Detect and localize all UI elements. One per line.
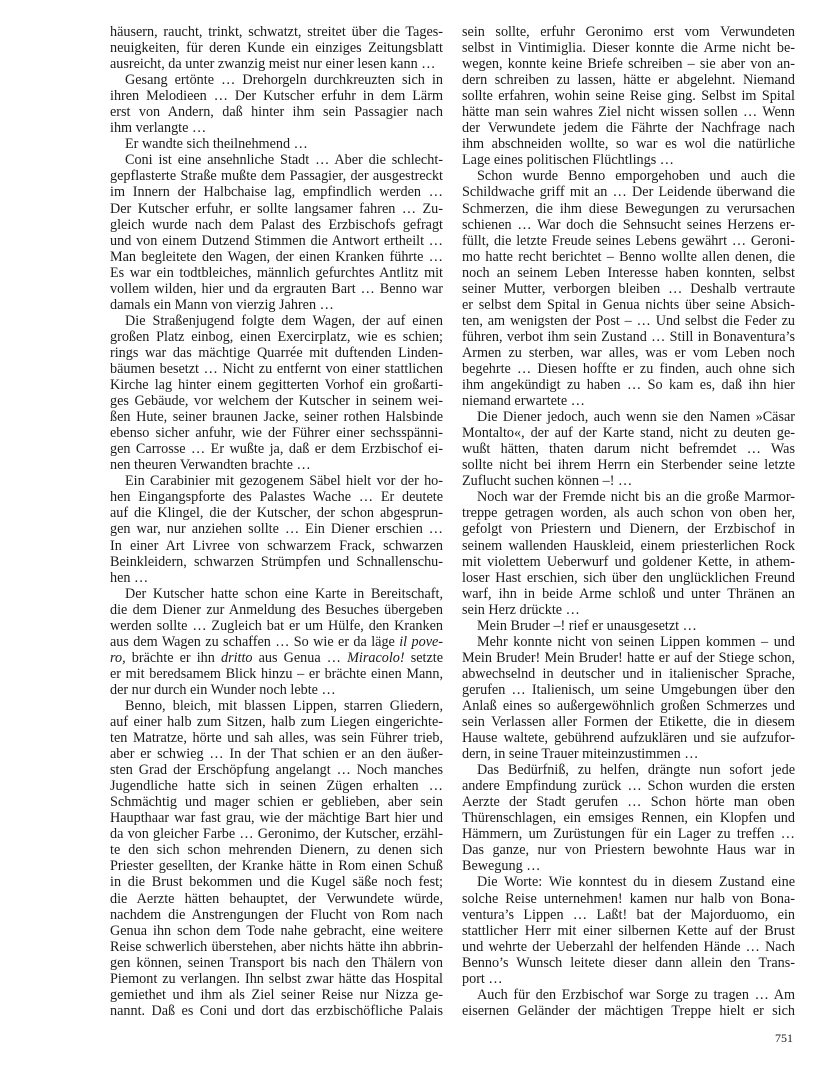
text-line: Der Kutscher erfuhr, er sollte langsamer… bbox=[110, 201, 443, 217]
text-line: sollte erfahren, wohin seine Reise ging.… bbox=[462, 88, 795, 104]
text-line: hen Eingangspforte des Palastes Wache … … bbox=[110, 489, 443, 505]
paragraph: Coni ist eine ansehnliche Stadt … Aber d… bbox=[110, 152, 443, 312]
text-line: Schmächtig und mager schien er geblieben… bbox=[110, 794, 443, 810]
text-line: Die Straßenjugend folgte dem Wagen, der … bbox=[110, 313, 443, 329]
text-line: abwechselnd in deutscher und in italieni… bbox=[462, 666, 795, 682]
text-line: te den sich schon mehrenden Dienern, zu … bbox=[110, 842, 443, 858]
text-line: Ein Carabinier mit gezogenem Säbel hielt… bbox=[110, 473, 443, 489]
text-line: Man begleitete den Wagen, der einen Kran… bbox=[110, 249, 443, 265]
text-line: ges Gebäude, vor welchem der Kutscher in… bbox=[110, 393, 443, 409]
text-line: die dem Diener zur Anmeldung des Besuche… bbox=[110, 602, 443, 618]
text-line: Schmerzen, die ihm diese Bewegungen zu v… bbox=[462, 201, 795, 217]
paragraph: Ein Carabinier mit gezogenem Säbel hielt… bbox=[110, 473, 443, 585]
text-line: Montalto«, der auf der Karte stand, nich… bbox=[462, 425, 795, 441]
text-line: Gesang ertönte … Drehorgeln durchkreuzte… bbox=[110, 72, 443, 88]
text-line: wegen, konnte keine Briefe schreiben – s… bbox=[462, 56, 795, 72]
text-line: Schildwache griff mit an … Der Leidende … bbox=[462, 184, 795, 200]
text-line: Haupthaar war fast grau, wie der mächtig… bbox=[110, 810, 443, 826]
text-line: Mein Bruder –! rief er unausgesetzt … bbox=[462, 618, 795, 634]
text-line: ausreicht, da unter zwanzig meist nur ei… bbox=[110, 56, 443, 72]
text-line: Hause waltete, gebührend aufzuklären und… bbox=[462, 730, 795, 746]
text-line: Es war ein todtbleiches, männlich gefurc… bbox=[110, 265, 443, 281]
text-line: ten Matratze, hörte und sah alles, was s… bbox=[110, 730, 443, 746]
text-line: Armen zu sterben, war alles, was er vom … bbox=[462, 345, 795, 361]
text-line: andere Empfindung zurück … Schon wurden … bbox=[462, 778, 795, 794]
text-line: rings war das mächtige Quarrée mit dufte… bbox=[110, 345, 443, 361]
text-line: Benno, bleich, mit blassen Lippen, starr… bbox=[110, 698, 443, 714]
paragraph: Das Bedürfniß, zu helfen, drängte nun so… bbox=[462, 762, 795, 874]
text-line: Reise schwerlich überstehen, aber nichts… bbox=[110, 939, 443, 955]
text-line: hen … bbox=[110, 570, 443, 586]
text-line: Auch für den Erzbischof war Sorge zu tra… bbox=[462, 987, 795, 1003]
paragraph: Auch für den Erzbischof war Sorge zu tra… bbox=[462, 987, 795, 1019]
text-line: der nur durch ein Wunder noch lebte … bbox=[110, 682, 443, 698]
text-line: Der Kutscher hatte schon eine Karte in B… bbox=[110, 586, 443, 602]
text-line: stattlicher Herr mit einer silbernen Ket… bbox=[462, 923, 795, 939]
text-line: die Aerzte hätten behauptet, der Verwund… bbox=[110, 891, 443, 907]
text-line: Noch war der Fremde nicht bis an die gro… bbox=[462, 489, 795, 505]
text-line: ten, am wenigsten der Post – … Und selbs… bbox=[462, 313, 795, 329]
text-line: Das ganze, nur von Priestern bewohnte Ha… bbox=[462, 842, 795, 858]
paragraph: Benno, bleich, mit blassen Lippen, starr… bbox=[110, 698, 443, 1019]
paragraph: Die Worte: Wie konntest du in diesem Zus… bbox=[462, 874, 795, 986]
text-line: ihm angekündigt zu haben … So kam es, da… bbox=[462, 377, 795, 393]
text-line: gemiethet und ihm als Ziel seiner Reise … bbox=[110, 987, 443, 1003]
right-column: sein sollte, erfuhr Geronimo erst vom Ve… bbox=[462, 24, 795, 1019]
text-line: Das Bedürfniß, zu helfen, drängte nun so… bbox=[462, 762, 795, 778]
text-line: gen war, nur anziehen sollte … Ein Diene… bbox=[110, 521, 443, 537]
paragraph: Noch war der Fremde nicht bis an die gro… bbox=[462, 489, 795, 617]
text-line: gerufen … Italienisch, um seine Umgebung… bbox=[462, 682, 795, 698]
text-line: da von gleicher Farbe … Geronimo, der Ku… bbox=[110, 826, 443, 842]
page-number: 751 bbox=[760, 1031, 793, 1046]
text-line: begehrte … Diesen hoffte er zu finden, a… bbox=[462, 361, 795, 377]
paragraph: Mehr konnte nicht von seinen Lippen komm… bbox=[462, 634, 795, 762]
text-line: füllt, die letzte Freude seines Lebens g… bbox=[462, 233, 795, 249]
text-line: führen, verbot ihm sein Zustand … Still … bbox=[462, 329, 795, 345]
text-line: Coni ist eine ansehnliche Stadt … Aber d… bbox=[110, 152, 443, 168]
text-line: loser Hast erschien, sich über den unglü… bbox=[462, 570, 795, 586]
text-line: solche Reise unternehmen! kamen nur halb… bbox=[462, 891, 795, 907]
text-line: er selbst dem Spital in Genua nichts übe… bbox=[462, 297, 795, 313]
text-line: Aerzte der Stadt gerufen … Schon hörte m… bbox=[462, 794, 795, 810]
left-column: häusern, raucht, trinkt, schwatzt, strei… bbox=[110, 24, 443, 1019]
text-line: Zuflucht suchen können –! … bbox=[462, 473, 795, 489]
text-line: ßen Hute, seiner braunen Jacke, seiner r… bbox=[110, 409, 443, 425]
paragraph: Die Straßenjugend folgte dem Wagen, der … bbox=[110, 313, 443, 473]
text-line: ventura’s Lippen … Laßt! bat der Majordu… bbox=[462, 907, 795, 923]
text-line: Schon wurde Benno emporgehoben und auch … bbox=[462, 168, 795, 184]
text-line: schienen … War doch die Sehnsucht seines… bbox=[462, 217, 795, 233]
text-line: Mehr konnte nicht von seinen Lippen komm… bbox=[462, 634, 795, 650]
text-line: nannt. Daß es Coni und dort das erzbisch… bbox=[110, 1003, 443, 1019]
text-line: Lage eines politischen Flüchtlings … bbox=[462, 152, 795, 168]
text-line: auf die Klingel, die der Kutscher, der s… bbox=[110, 505, 443, 521]
text-line: in die Brust bekommen und die Kugel säße… bbox=[110, 874, 443, 890]
text-line: sollte nicht bei ihrem Herrn ein Sterben… bbox=[462, 457, 795, 473]
text-line: ihm verlangte … bbox=[110, 120, 443, 136]
text-line: warf, ihn in beide Arme schloß und unter… bbox=[462, 586, 795, 602]
text-line: ebenso sicher anfuhr, wie der Führer ein… bbox=[110, 425, 443, 441]
text-line: gefolgt von Priestern und Dienern, der E… bbox=[462, 521, 795, 537]
text-line: werden sollte … Zugleich bat er um Hülfe… bbox=[110, 618, 443, 634]
text-line: Genua ihn schon dem Tode nahe gebracht, … bbox=[110, 923, 443, 939]
text-line: gen können, seinen Transport bis nach de… bbox=[110, 955, 443, 971]
text-line: Priester gesellten, der Kranke hätte in … bbox=[110, 858, 443, 874]
paragraph: Er wandte sich theilnehmend … bbox=[110, 136, 443, 152]
text-line: aus dem Wagen zu schaffen … So wie er da… bbox=[110, 634, 443, 650]
text-line: dern, in seine Trauer miteinzustimmen … bbox=[462, 746, 795, 762]
text-line: neuigkeiten, für deren Kunde ein einzige… bbox=[110, 40, 443, 56]
text-line: nachdem die Anstrengungen der Flucht von… bbox=[110, 907, 443, 923]
text-line: Benno’s Wunsch leitete dieser dann allei… bbox=[462, 955, 795, 971]
paragraph: Mein Bruder –! rief er unausgesetzt … bbox=[462, 618, 795, 634]
text-line: Thürenschlagen, ein emsiges Rennen, ein … bbox=[462, 810, 795, 826]
text-line: Hämmern, um Zurüstungen für ein Lager zu… bbox=[462, 826, 795, 842]
text-line: niemand erwartete … bbox=[462, 393, 795, 409]
text-line: gleich wurde nach dem Palast des Erzbisc… bbox=[110, 217, 443, 233]
text-line: erst von Andern, daß hinter ihm sein Pas… bbox=[110, 104, 443, 120]
text-line: nen theuren Verwandten brachte … bbox=[110, 457, 443, 473]
text-line: damals ein Mann von vierzig Jahren … bbox=[110, 297, 443, 313]
text-line: im Innern der Halbchaise lag, empfindlic… bbox=[110, 184, 443, 200]
paragraph: Der Kutscher hatte schon eine Karte in B… bbox=[110, 586, 443, 698]
paragraph: sein sollte, erfuhr Geronimo erst vom Ve… bbox=[462, 24, 795, 168]
text-line: ro, brächte er ihn dritto aus Genua … Mi… bbox=[110, 650, 443, 666]
text-line: Mein Bruder! Mein Bruder! hatte er auf d… bbox=[462, 650, 795, 666]
text-line: sten Grad der Erschöpfung angelangt … No… bbox=[110, 762, 443, 778]
text-line: und wehrte der Ueberzahl der helfenden H… bbox=[462, 939, 795, 955]
text-line: dern schreiben zu lassen, hätte er abgel… bbox=[462, 72, 795, 88]
book-page: häusern, raucht, trinkt, schwatzt, strei… bbox=[0, 0, 819, 1065]
text-line: mo hatte recht berichtet – Benno wollte … bbox=[462, 249, 795, 265]
text-line: und von einem Dutzend Stimmen die Antwor… bbox=[110, 233, 443, 249]
text-line: treppe getragen worden, als auch schon v… bbox=[462, 505, 795, 521]
text-line: Bewegung … bbox=[462, 858, 795, 874]
text-line: seiner Mutter, verborgen bleiben … Desha… bbox=[462, 281, 795, 297]
text-line: seinem wallenden Hauskleid, einem priest… bbox=[462, 538, 795, 554]
paragraph: häusern, raucht, trinkt, schwatzt, strei… bbox=[110, 24, 443, 72]
text-line: der Verwundete jedem die Fährte der Nach… bbox=[462, 120, 795, 136]
paragraph: Gesang ertönte … Drehorgeln durchkreuzte… bbox=[110, 72, 443, 136]
text-line: großen Platz einbog, einen Exercirplatz,… bbox=[110, 329, 443, 345]
text-line: er mit beredsamem Blick hinzu – er bräch… bbox=[110, 666, 443, 682]
text-line: gen Carrosse … Er wußte ja, daß er dem E… bbox=[110, 441, 443, 457]
text-line: noch an seinem Leben Interesse haben kon… bbox=[462, 265, 795, 281]
text-line: hätte man sein wahres Ziel nicht wissen … bbox=[462, 104, 795, 120]
text-line: sein Herz drückte … bbox=[462, 602, 795, 618]
text-line: Er wandte sich theilnehmend … bbox=[110, 136, 443, 152]
text-line: mit violettem Ueberwurf und goldener Ket… bbox=[462, 554, 795, 570]
text-line: Die Worte: Wie konntest du in diesem Zus… bbox=[462, 874, 795, 890]
text-line: Jugendliche hatte sich in seinen Zügen e… bbox=[110, 778, 443, 794]
text-line: sein Verlassen aller Formen der Etikette… bbox=[462, 714, 795, 730]
text-line: eisernen Geländer der mächtigen Treppe h… bbox=[462, 1003, 795, 1019]
text-line: Anlaß eines so außergewöhnlich großen Sc… bbox=[462, 698, 795, 714]
text-line: bäumen besetzt … Nicht zu entfernt von e… bbox=[110, 361, 443, 377]
paragraph: Die Diener jedoch, auch wenn sie den Nam… bbox=[462, 409, 795, 489]
text-line: Beinkleidern, schwarzen Strümpfen und Sc… bbox=[110, 554, 443, 570]
text-line: selbst in Vintimiglia. Dieser konnte die… bbox=[462, 40, 795, 56]
text-line: In einer Art Livree von schwarzem Frack,… bbox=[110, 538, 443, 554]
text-line: gepflasterte Straße mußte dem Passagier,… bbox=[110, 168, 443, 184]
text-line: Kirche lag hinter einem gegitterten Vorh… bbox=[110, 377, 443, 393]
text-line: aber er schwieg … In der That schien er … bbox=[110, 746, 443, 762]
text-line: wußt hätten, thaten darum nicht befremde… bbox=[462, 441, 795, 457]
text-line: häusern, raucht, trinkt, schwatzt, strei… bbox=[110, 24, 443, 40]
text-line: Die Diener jedoch, auch wenn sie den Nam… bbox=[462, 409, 795, 425]
paragraph: Schon wurde Benno emporgehoben und auch … bbox=[462, 168, 795, 409]
text-line: port … bbox=[462, 971, 795, 987]
text-line: vollem wilden, hier und da ergrauten Bar… bbox=[110, 281, 443, 297]
text-line: ihm abschneiden wollte, so war es wol di… bbox=[462, 136, 795, 152]
text-line: sein sollte, erfuhr Geronimo erst vom Ve… bbox=[462, 24, 795, 40]
text-line: ihren Melodieen … Der Kutscher erfuhr in… bbox=[110, 88, 443, 104]
text-line: Piemont zu verlangen. Ihn selbst zwar hä… bbox=[110, 971, 443, 987]
text-line: auf einer halb zum Sitzen, halb zum Lieg… bbox=[110, 714, 443, 730]
